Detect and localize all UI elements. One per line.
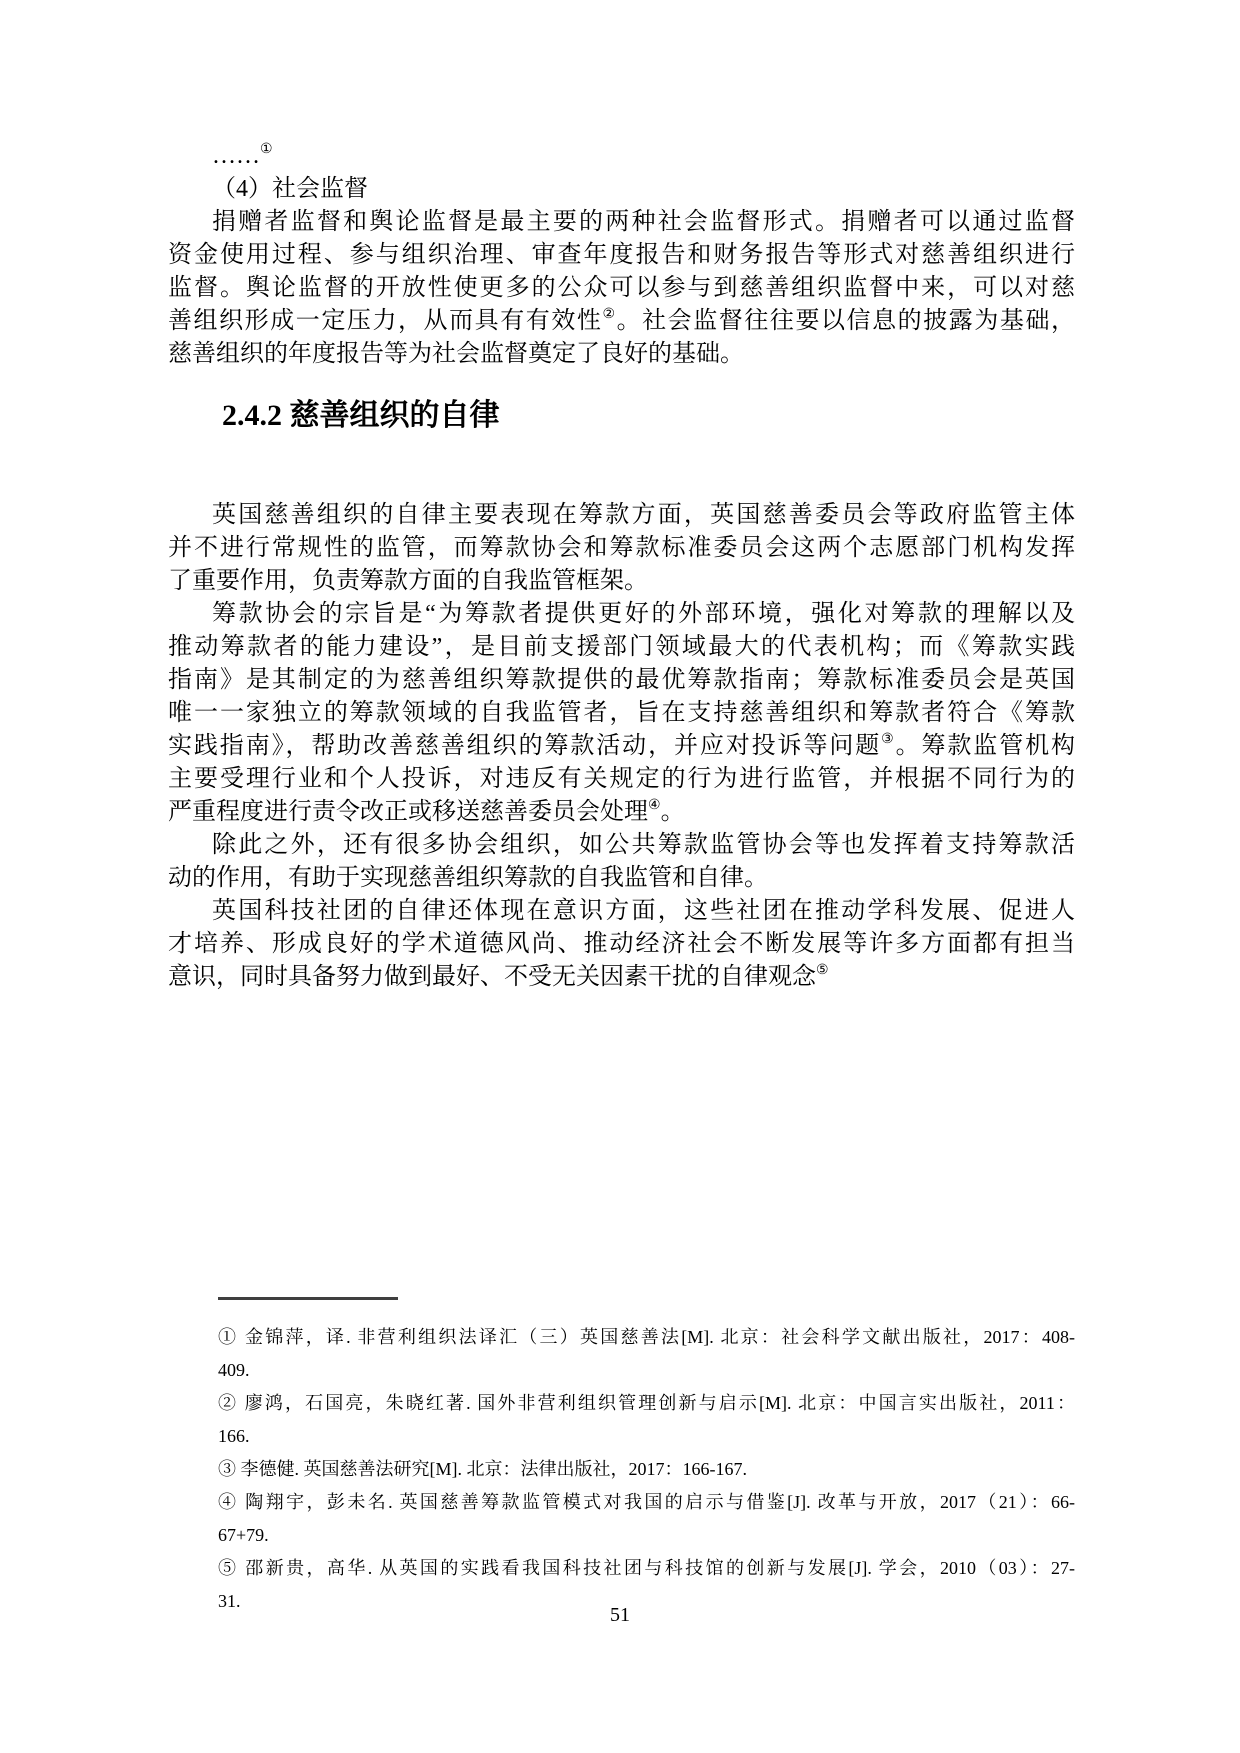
text-line: 了重要作用，负责筹款方面的自我监管框架。	[168, 565, 1075, 598]
body-text-upper: ……① （4）社会监督 捐赠者监督和舆论监督是最主要的两种社会监督形式。捐赠者可…	[168, 140, 1075, 371]
text-line: 捐赠者监督和舆论监督是最主要的两种社会监督形式。捐赠者可以通过监督	[168, 206, 1075, 239]
footnote-ref: ①	[260, 142, 273, 157]
text-line: 英国科技社团的自律还体现在意识方面，这些社团在推动学科发展、促进人	[168, 895, 1075, 928]
footnote-entry: ④ 陶翔宇，彭未名. 英国慈善筹款监管模式对我国的启示与借鉴[J]. 改革与开放…	[218, 1486, 1075, 1552]
footnote-entry: ③ 李德健. 英国慈善法研究[M]. 北京：法律出版社，2017：166-167…	[218, 1453, 1075, 1486]
text-line: 资金使用过程、参与组织治理、审查年度报告和财务报告等形式对慈善组织进行	[168, 239, 1075, 272]
footnote-list: ① 金锦萍，译. 非营利组织法译汇（三）英国慈善法[M]. 北京：社会科学文献出…	[218, 1300, 1075, 1618]
footnote-entry: ① 金锦萍，译. 非营利组织法译汇（三）英国慈善法[M]. 北京：社会科学文献出…	[218, 1321, 1075, 1387]
paragraph-self-regulation-overview: 英国慈善组织的自律主要表现在筹款方面，英国慈善委员会等政府监管主体并不进行常规性…	[168, 499, 1075, 598]
footnote-line: 166.	[218, 1420, 1075, 1453]
text-line: 慈善组织的年度报告等为社会监督奠定了良好的基础。	[168, 338, 1075, 371]
page-content: ……① （4）社会监督 捐赠者监督和舆论监督是最主要的两种社会监督形式。捐赠者可…	[168, 0, 1075, 1618]
text-line: 监督。舆论监督的开放性使更多的公众可以参与到慈善组织监督中来，可以对慈	[168, 272, 1075, 305]
footnote-ref: ④	[648, 798, 661, 813]
section-heading: 2.4.2 慈善组织的自律	[222, 394, 1075, 438]
paragraph-social-supervision: 捐赠者监督和舆论监督是最主要的两种社会监督形式。捐赠者可以通过监督资金使用过程、…	[168, 206, 1075, 371]
text-line: 动的作用，有助于实现慈善组织筹款的自我监管和自律。	[168, 862, 1075, 895]
text-line: 指南》是其制定的为慈善组织筹款提供的最优筹款指南；筹款标准委员会是英国	[168, 664, 1075, 697]
text-line: ……①	[168, 140, 1075, 173]
footnote-line: ① 金锦萍，译. 非营利组织法译汇（三）英国慈善法[M]. 北京：社会科学文献出…	[218, 1321, 1075, 1354]
text-line: 实践指南》，帮助改善慈善组织的筹款活动，并应对投诉等问题③。筹款监管机构	[168, 730, 1075, 763]
text-line: 才培养、形成良好的学术道德风尚、推动经济社会不断发展等许多方面都有担当	[168, 928, 1075, 961]
text-line: 推动筹款者的能力建设”，是目前支援部门领域最大的代表机构；而《筹款实践	[168, 631, 1075, 664]
text-line: 英国慈善组织的自律主要表现在筹款方面，英国慈善委员会等政府监管主体	[168, 499, 1075, 532]
text-line: 筹款协会的宗旨是“为筹款者提供更好的外部环境，强化对筹款的理解以及	[168, 598, 1075, 631]
footnote-line: ② 廖鸿，石国亮，朱晓红著. 国外非营利组织管理创新与启示[M]. 北京：中国言…	[218, 1387, 1075, 1420]
text-line: 除此之外，还有很多协会组织，如公共筹款监管协会等也发挥着支持筹款活	[168, 829, 1075, 862]
body-text-lower: 英国慈善组织的自律主要表现在筹款方面，英国慈善委员会等政府监管主体并不进行常规性…	[168, 499, 1075, 994]
footnote-line: ④ 陶翔宇，彭未名. 英国慈善筹款监管模式对我国的启示与借鉴[J]. 改革与开放…	[218, 1486, 1075, 1519]
footnote-line: 409.	[218, 1354, 1075, 1387]
text-line: 并不进行常规性的监管，而筹款协会和筹款标准委员会这两个志愿部门机构发挥	[168, 532, 1075, 565]
footnote-entry: ② 廖鸿，石国亮，朱晓红著. 国外非营利组织管理创新与启示[M]. 北京：中国言…	[218, 1387, 1075, 1453]
subsection-title: （4）社会监督	[168, 173, 1075, 206]
text-line: （4）社会监督	[168, 173, 1075, 206]
footnote-line: 67+79.	[218, 1519, 1075, 1552]
text-line: 意识，同时具备努力做到最好、不受无关因素干扰的自律观念⑤	[168, 961, 1075, 994]
paragraph-other-associations: 除此之外，还有很多协会组织，如公共筹款监管协会等也发挥着支持筹款活动的作用，有助…	[168, 829, 1075, 895]
ellipsis-paragraph: ……①	[168, 140, 1075, 173]
footnote-ref: ⑤	[816, 963, 829, 978]
footnote-line: ③ 李德健. 英国慈善法研究[M]. 北京：法律出版社，2017：166-167…	[218, 1453, 1075, 1486]
text-line: 善组织形成一定压力，从而具有有效性②。社会监督往往要以信息的披露为基础，	[168, 305, 1075, 338]
text-line: 主要受理行业和个人投诉，对违反有关规定的行为进行监管，并根据不同行为的	[168, 763, 1075, 796]
page-number: 51	[0, 1602, 1240, 1628]
paragraph-fundraising-bodies: 筹款协会的宗旨是“为筹款者提供更好的外部环境，强化对筹款的理解以及推动筹款者的能…	[168, 598, 1075, 829]
footnote-line: ⑤ 邵新贵，高华. 从英国的实践看我国科技社团与科技馆的创新与发展[J]. 学会…	[218, 1552, 1075, 1585]
document-page: ……① （4）社会监督 捐赠者监督和舆论监督是最主要的两种社会监督形式。捐赠者可…	[0, 0, 1240, 1753]
text-line: 严重程度进行责令改正或移送慈善委员会处理④。	[168, 796, 1075, 829]
footnote-area: ① 金锦萍，译. 非营利组织法译汇（三）英国慈善法[M]. 北京：社会科学文献出…	[218, 1297, 1075, 1618]
footnote-ref: ③	[881, 732, 895, 747]
footnote-ref: ②	[602, 307, 616, 322]
text-line: 唯一一家独立的筹款领域的自我监管者，旨在支持慈善组织和筹款者符合《筹款	[168, 697, 1075, 730]
paragraph-sci-tech-societies: 英国科技社团的自律还体现在意识方面，这些社团在推动学科发展、促进人才培养、形成良…	[168, 895, 1075, 994]
